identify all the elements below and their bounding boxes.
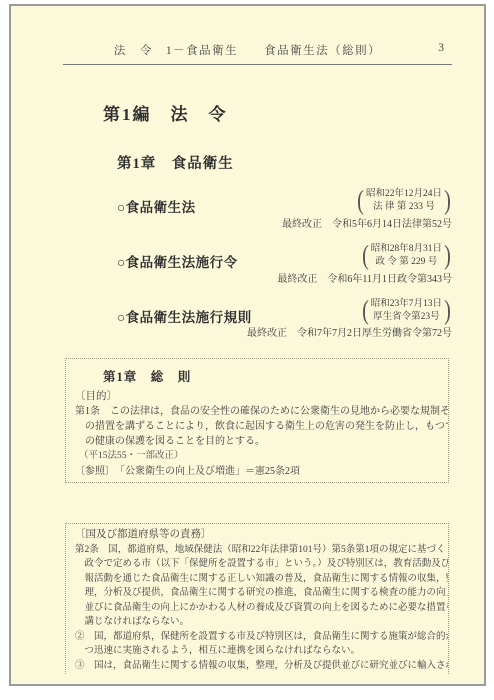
- article2-paragraph3: ③ 国は，食品衛生に関する情報の収集，整理，分析及び提供並びに研究並びに輸入され: [75, 659, 439, 674]
- enactment-date-lines: 昭和28年8月31日 政 令 第 229 号: [370, 243, 443, 268]
- enactment-date-block: ( 昭和23年7月13日 厚生省令第23号 ): [361, 297, 452, 324]
- article1-text: 第1条 この法律は，食品の安全性の確保のために公衆衛生の見地から必要な規制その他…: [75, 404, 439, 449]
- general-provisions-box: 第1章 総 則 〔目的〕 第1条 この法律は，食品の安全性の確保のために公衆衛生…: [65, 358, 449, 483]
- enactment-date-lines: 昭和23年7月13日 厚生省令第23号: [370, 298, 443, 323]
- article2-paragraph2: ② 国，都道府県，保健所を設置する市及び特別区は，食品衛生に関する施策が総合的か…: [75, 630, 439, 659]
- duties-box: 〔国及び都道府県等の責務〕 第2条 国，都道府県，地域保健法（昭和22年法律第1…: [65, 523, 449, 674]
- law-number: 政 令 第 229 号: [375, 256, 437, 269]
- paren-close-glyph: ): [444, 187, 451, 214]
- enactment-date: 昭和23年7月13日: [371, 298, 442, 311]
- article2-caption: 〔国及び都道府県等の責務〕: [75, 528, 439, 543]
- header-running-title: 法 令 1－食品衛生 食品衛生法（総則）: [11, 42, 484, 58]
- chapter-title: 第1章 食品衛生: [117, 152, 234, 173]
- part-title: 第1編 法 令: [103, 100, 228, 125]
- enactment-date: 昭和22年12月24日: [366, 188, 442, 201]
- enactment-date: 昭和28年8月31日: [371, 243, 442, 256]
- page-number: 3: [438, 42, 444, 54]
- last-amendment: 最終改正 令和5年6月14日法律第52号: [282, 215, 452, 230]
- law-name-seko-kisoku: ○食品衛生法施行規則: [117, 306, 252, 326]
- article1-reference: 〔参照〕 「公衆衛生の向上及び増進」＝憲25条2項: [75, 464, 439, 479]
- law-number: 法 律 第 233 号: [373, 201, 435, 214]
- last-amendment: 最終改正 令和7年7月2日厚生労働省令第72号: [247, 324, 452, 339]
- paren-close-glyph: ): [444, 242, 451, 269]
- scanned-book-page: 法 令 1－食品衛生 食品衛生法（総則） 3 第1編 法 令 第1章 食品衛生 …: [9, 4, 486, 686]
- law-name-shokuhin-eiseiho: ○食品衛生法: [117, 196, 196, 216]
- article1-caption: 〔目的〕: [75, 389, 439, 404]
- box-chapter-heading: 第1章 総 則: [103, 367, 439, 385]
- last-amendment: 最終改正 令和6年11月1日政令第343号: [277, 270, 452, 285]
- article2-paragraph1: 第2条 国，都道府県，地域保健法（昭和22年法律第101号）第5条第1項の規定に…: [75, 543, 439, 630]
- paren-open-glyph: (: [362, 242, 369, 269]
- enactment-date-block: ( 昭和22年12月24日 法 律 第 233 号 ): [356, 187, 452, 214]
- law-name-sekorei: ○食品衛生法施行令: [117, 251, 238, 271]
- paren-open-glyph: (: [362, 297, 369, 324]
- law-number: 厚生省令第23号: [373, 311, 440, 324]
- header-rule: [63, 64, 452, 65]
- enactment-date-block: ( 昭和28年8月31日 政 令 第 229 号 ): [361, 242, 452, 269]
- article1-amendment-note: （平15法55・一部改正）: [79, 449, 439, 464]
- paren-close-glyph: ): [444, 297, 451, 324]
- enactment-date-lines: 昭和22年12月24日 法 律 第 233 号: [365, 188, 443, 213]
- paren-open-glyph: (: [357, 187, 364, 214]
